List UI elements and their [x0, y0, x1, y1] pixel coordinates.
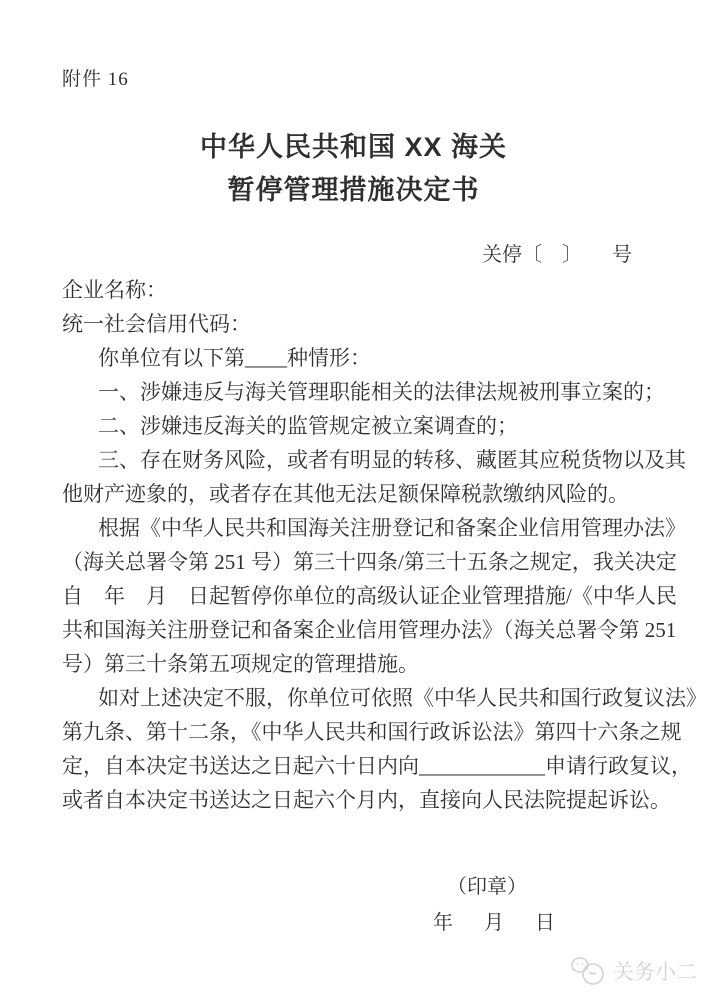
- body-line: （海关总署令第 251 号）第三十四条/第三十五条之规定，我关决定: [62, 545, 647, 579]
- document-title: 中华人民共和国 XX 海关 暂停管理措施决定书: [0, 126, 707, 212]
- body-line: 或者自本决定书送达之日起六个月内，直接向人民法院提起诉讼。: [62, 783, 647, 817]
- body-line: 企业名称：: [62, 273, 647, 307]
- seal-placeholder: （印章）: [447, 870, 527, 899]
- attachment-label: 附件 16: [62, 64, 129, 91]
- body-line: 号）第三十条第五项规定的管理措施。: [62, 647, 647, 681]
- document-title-line1: 中华人民共和国 XX 海关: [0, 126, 707, 169]
- body-line: 定，自本决定书送达之日起六十日内向____________申请行政复议，: [62, 749, 647, 783]
- body-line: 如对上述决定不服，你单位可依照《中华人民共和国行政复议法》: [62, 681, 647, 715]
- document-number: 关停〔 〕 号: [482, 238, 632, 267]
- body-line: 三、存在财务风险，或者有明显的转移、藏匿其应税货物以及其: [62, 443, 647, 477]
- body-line: 第九条、第十二条，《中华人民共和国行政诉讼法》第四十六条之规: [62, 715, 647, 749]
- watermark-label: 关务小二: [613, 956, 697, 986]
- body-line: 二、涉嫌违反海关的监管规定被立案调查的；: [62, 409, 647, 443]
- document-page: 附件 16 中华人民共和国 XX 海关 暂停管理措施决定书 关停〔 〕 号 企业…: [0, 0, 707, 1000]
- document-body: 企业名称：统一社会信用代码：你单位有以下第____种情形：一、涉嫌违反与海关管理…: [62, 273, 647, 817]
- body-line: 自 年 月 日起暂停你单位的高级认证企业管理措施/《中华人民: [62, 579, 647, 613]
- body-line: 一、涉嫌违反与海关管理职能相关的法律法规被刑事立案的；: [62, 375, 647, 409]
- mascot-chat-icon: [570, 955, 608, 987]
- document-title-line2: 暂停管理措施决定书: [0, 169, 707, 212]
- body-line: 他财产迹象的，或者存在其他无法足额保障税款缴纳风险的。: [62, 477, 647, 511]
- date-line: 年 月 日: [433, 906, 555, 935]
- watermark: 关务小二: [570, 955, 697, 987]
- body-line: 统一社会信用代码：: [62, 307, 647, 341]
- body-line: 共和国海关注册登记和备案企业信用管理办法》（海关总署令第 251: [62, 613, 647, 647]
- body-line: 你单位有以下第____种情形：: [62, 341, 647, 375]
- body-line: 根据《中华人民共和国海关注册登记和备案企业信用管理办法》: [62, 511, 647, 545]
